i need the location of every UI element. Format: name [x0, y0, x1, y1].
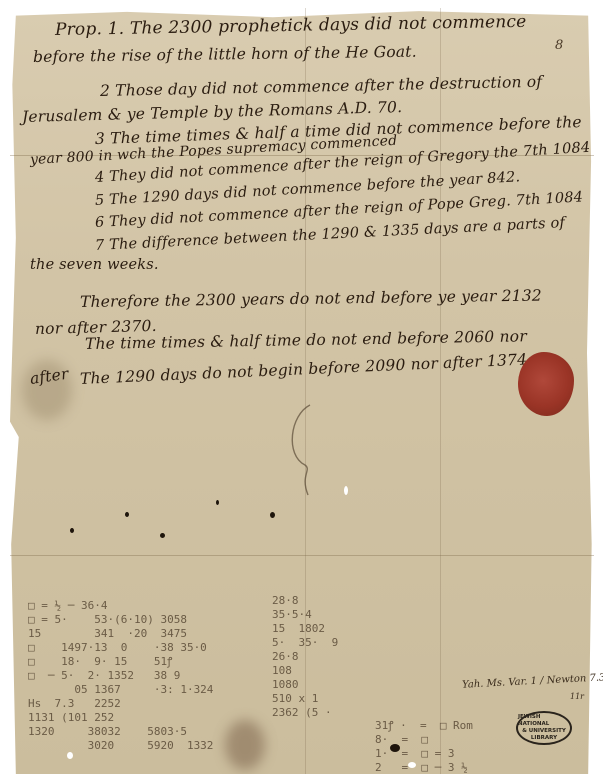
paper-hole [344, 486, 348, 495]
ink-spot [270, 512, 275, 518]
stamp-line: LIBRARY [531, 735, 557, 742]
page-number: 8 [555, 38, 563, 53]
paper-hole [67, 752, 73, 759]
stain [225, 720, 265, 770]
calculation-block-right: 28·8 35·5·4 15 1802 5· 35· 9 26·8 108 10… [272, 580, 338, 720]
calculation-block-bottom: 31ꝭ · = □ Rom 8· = □ 1· = □ = 3 2 = □ ─ … [375, 705, 473, 774]
ink-spot [70, 528, 74, 533]
ink-spot [125, 512, 129, 517]
ink-spot [216, 500, 219, 505]
library-stamp: JEWISH NATIONAL & UNIVERSITY LIBRARY [516, 711, 572, 745]
fold-crease-horizontal [10, 555, 594, 556]
stamp-line: JEWISH NATIONAL [518, 714, 570, 728]
paper-hole [408, 762, 416, 768]
ink-spot [160, 533, 165, 538]
ink-blot [390, 744, 400, 752]
stamp-line: & UNIVERSITY [522, 728, 566, 735]
pen-flourish [280, 395, 330, 505]
folio-number: 11r [570, 692, 584, 701]
proposition-line: the seven weeks. [30, 257, 159, 273]
calculation-block: □ = ½ ─ 36·4 □ = 5· 53·(6·10) 3058 15 34… [28, 585, 213, 753]
